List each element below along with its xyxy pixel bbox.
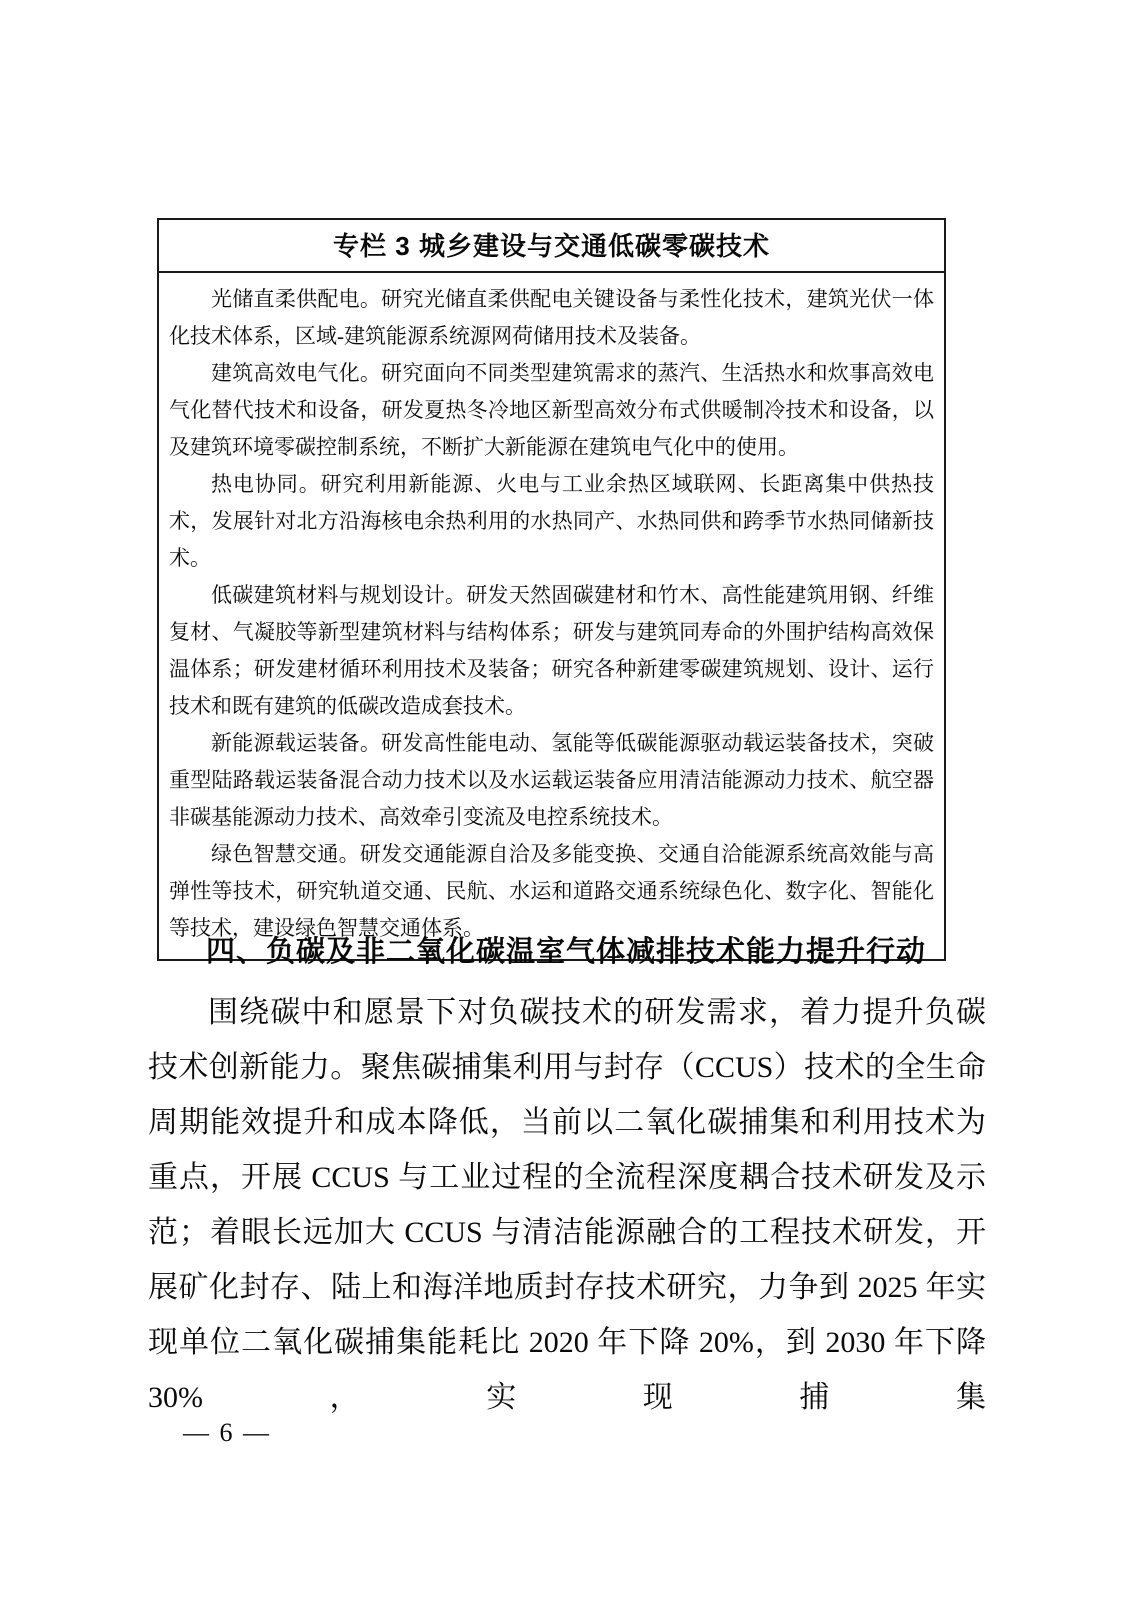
section-body-paragraph: 围绕碳中和愿景下对负碳技术的研发需求，着力提升负碳技术创新能力。聚焦碳捕集利用与… bbox=[148, 985, 986, 1425]
page-number: — 6 — bbox=[183, 1418, 271, 1448]
box-paragraph-heat-power-synergy: 热电协同。研究利用新能源、火电与工业余热区域联网、长距离集中供热技术，发展针对北… bbox=[169, 466, 934, 577]
box-paragraph-low-carbon-materials: 低碳建筑材料与规划设计。研发天然固碳建材和竹木、高性能建筑用钢、纤维复材、气凝胶… bbox=[169, 577, 934, 725]
section-heading-4: 四、负碳及非二氧化碳温室气体减排技术能力提升行动 bbox=[148, 929, 986, 975]
column-box-title: 专栏 3 城乡建设与交通低碳零碳技术 bbox=[159, 220, 944, 273]
column-box-body: 光储直柔供配电。研究光储直柔供配电关键设备与柔性化技术，建筑光伏一体化技术体系，… bbox=[159, 273, 944, 959]
document-page: 专栏 3 城乡建设与交通低碳零碳技术 光储直柔供配电。研究光储直柔供配电关键设备… bbox=[0, 0, 1131, 1600]
box-paragraph-building-electrification: 建筑高效电气化。研究面向不同类型建筑需求的蒸汽、生活热水和炊事高效电气化替代技术… bbox=[169, 355, 934, 466]
column-box-3: 专栏 3 城乡建设与交通低碳零碳技术 光储直柔供配电。研究光储直柔供配电关键设备… bbox=[157, 218, 946, 961]
box-paragraph-new-energy-vehicles: 新能源载运装备。研发高性能电动、氢能等低碳能源驱动载运装备技术，突破重型陆路载运… bbox=[169, 725, 934, 836]
box-paragraph-solar-storage: 光储直柔供配电。研究光储直柔供配电关键设备与柔性化技术，建筑光伏一体化技术体系，… bbox=[169, 281, 934, 355]
